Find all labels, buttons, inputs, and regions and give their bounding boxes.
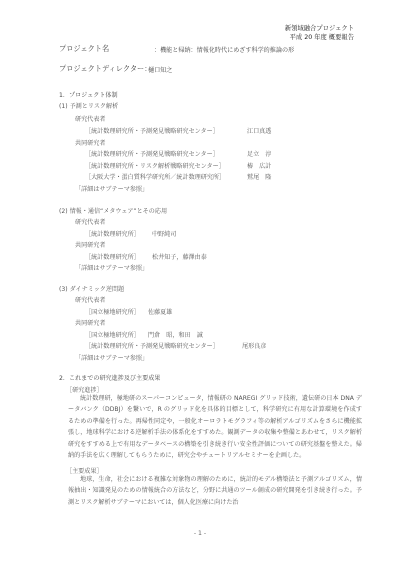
see-subtheme-note: 「詳細はサブテーマ参照」 — [75, 184, 148, 193]
subproject-title: (1) 予測とリスク解析 — [59, 101, 118, 110]
representative-label: 研究代表者 — [75, 295, 105, 304]
representative-label: 研究代表者 — [75, 114, 105, 123]
researcher-name: 門倉 昭，和田 誠 — [148, 330, 203, 339]
affiliation: ［統計数理研究所・リスク解析戦略研究センター］ — [85, 161, 225, 170]
affiliation: ［統計数理研究所・予測発見戦略研究センター］ — [85, 149, 219, 158]
researcher-name: 佐藤夏雄 — [148, 307, 172, 316]
researcher-name: 鷲尾 隆 — [247, 172, 271, 181]
researcher-name: 中野純司 — [152, 229, 176, 238]
document-page: 新領域融合プロジェクト 平成 20 年度 概要報告 プロジェクト名 ：機能と帰納… — [0, 0, 400, 566]
researcher-name: 足立 淳 — [247, 149, 271, 158]
director-label: プロジェクトディレクター： — [59, 64, 151, 74]
co-researcher-label: 共同研究者 — [75, 138, 105, 147]
affiliation: ［統計数理研究所］ — [85, 252, 140, 261]
results-paragraph: 地球，生命，社会における複雑な対象物の理解のために，統計的モデル構築法と予測アル… — [68, 474, 362, 520]
affiliation: ［大阪大学・蛋白質科学研究所／統計数理研究所］ — [85, 172, 225, 181]
page-number: - 1 - — [0, 530, 400, 537]
affiliation: ［統計数理研究所・予測発見戦略研究センター］ — [85, 341, 219, 350]
affiliation: ［国立極地研究所］ — [85, 307, 140, 316]
project-name-value: ：機能と帰納：情報化時代にめざす科学的推論の形 — [154, 45, 294, 54]
researcher-name: 江口真透 — [247, 126, 271, 135]
director-name: 樋口知之 — [148, 65, 172, 74]
co-researcher-label: 共同研究者 — [75, 318, 105, 327]
affiliation: ［統計数理研究所・予測発見戦略研究センター］ — [85, 126, 219, 135]
report-header: 新領域融合プロジェクト 平成 20 年度 概要報告 — [285, 24, 354, 42]
affiliation: ［統計数理研究所］ — [85, 229, 140, 238]
report-title: 平成 20 年度 概要報告 — [285, 33, 354, 42]
project-name-label: プロジェクト名 — [59, 44, 109, 54]
subproject-title: (2) 情報・通信“メタウェア”とその応用 — [59, 206, 167, 215]
representative-label: 研究代表者 — [75, 217, 105, 226]
progress-paragraph: 統計数理研，極地研のスーパーコンピュータ，情報研の NAREGI グリッド技術，… — [68, 393, 362, 462]
researcher-name: 尾形良彦 — [242, 341, 266, 350]
section-1-title: 1．プロジェクト体制 — [59, 90, 118, 99]
co-researcher-label: 共同研究者 — [75, 240, 105, 249]
program-name: 新領域融合プロジェクト — [285, 24, 354, 33]
researcher-name: 椿 広計 — [247, 161, 271, 170]
subproject-title: (3) ダイナミック逆問題 — [59, 284, 124, 293]
researcher-name: 松井知子，藤澤由泰 — [152, 252, 207, 261]
see-subtheme-note: 「詳細はサブテーマ参照」 — [75, 353, 148, 362]
affiliation: ［国立極地研究所］ — [85, 330, 140, 339]
section-2-title: 2．これまでの研究進捗及び主要成果 — [59, 373, 160, 382]
see-subtheme-note: 「詳細はサブテーマ参照」 — [75, 263, 148, 272]
